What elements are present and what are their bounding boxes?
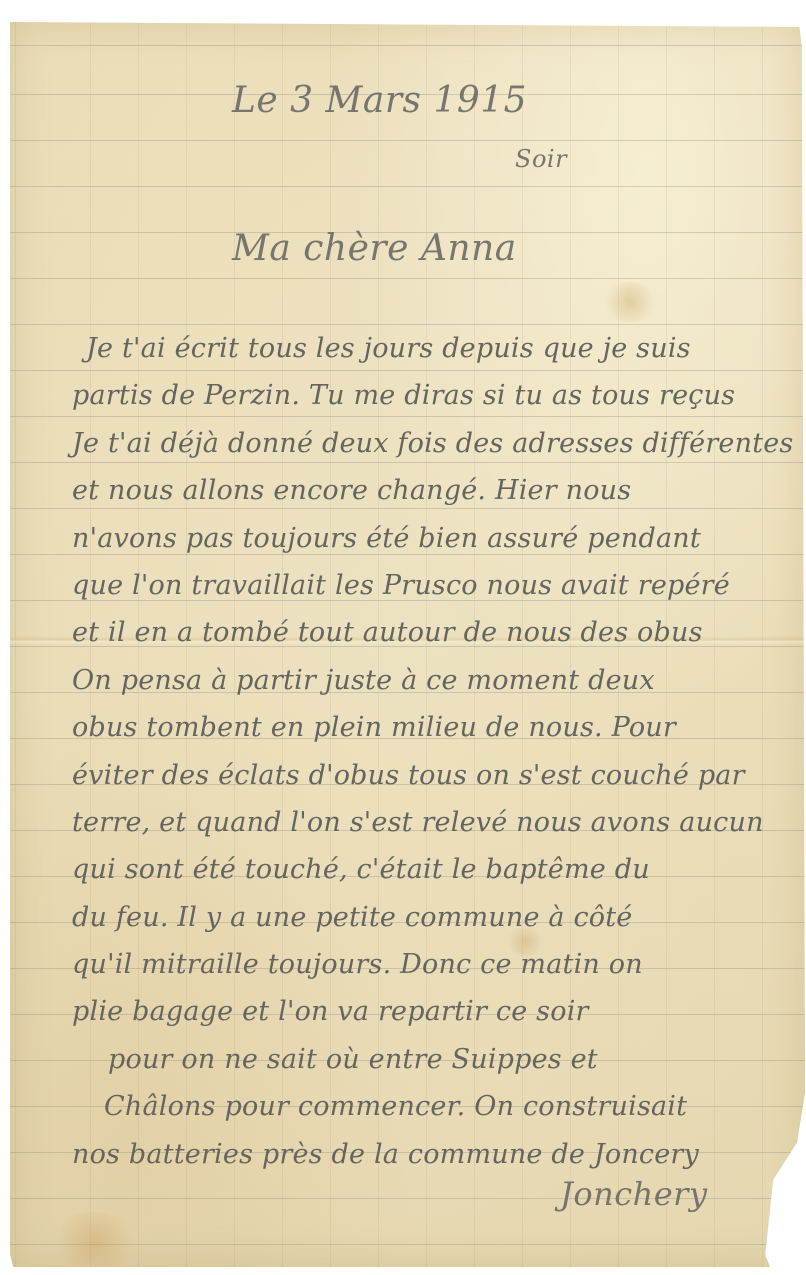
body-line: plie bagage et l'on va repartir ce soir <box>72 988 802 1035</box>
body-line: et il en a tombé tout autour de nous des… <box>72 609 802 656</box>
body-line: Je t'ai écrit tous les jours depuis que … <box>72 325 802 372</box>
letter-signature: Jonchery <box>560 1175 708 1213</box>
body-line: et nous allons encore changé. Hier nous <box>72 467 802 514</box>
body-line: du feu. Il y a une petite commune à côté <box>72 894 802 941</box>
body-line: partis de Perzin. Tu me diras si tu as t… <box>72 372 802 419</box>
body-line: éviter des éclats d'obus tous on s'est c… <box>72 752 802 799</box>
foxing-stain <box>600 282 660 322</box>
body-line: obus tombent en plein milieu de nous. Po… <box>72 704 802 751</box>
body-line: qui sont été touché, c'était le baptême … <box>72 846 802 893</box>
body-line: qu'il mitraille toujours. Donc ce matin … <box>72 941 802 988</box>
body-line: On pensa à partir juste à ce moment deux <box>72 657 802 704</box>
foxing-stain <box>50 1212 140 1272</box>
body-line: que l'on travaillait les Prusco nous ava… <box>72 562 802 609</box>
body-line: nos batteries près de la commune de Jonc… <box>72 1131 802 1178</box>
letter-time-of-day: Soir <box>515 145 567 173</box>
body-line: Châlons pour commencer. On construisait <box>72 1083 802 1130</box>
letter-body: Je t'ai écrit tous les jours depuis que … <box>72 325 802 1178</box>
body-line: Je t'ai déjà donné deux fois des adresse… <box>72 420 802 467</box>
body-line: terre, et quand l'on s'est relevé nous a… <box>72 799 802 846</box>
letter-date: Le 3 Mars 1915 <box>232 80 527 121</box>
body-line: n'avons pas toujours été bien assuré pen… <box>72 515 802 562</box>
body-line: pour on ne sait où entre Suippes et <box>72 1036 802 1083</box>
letter-salutation: Ma chère Anna <box>232 228 517 269</box>
